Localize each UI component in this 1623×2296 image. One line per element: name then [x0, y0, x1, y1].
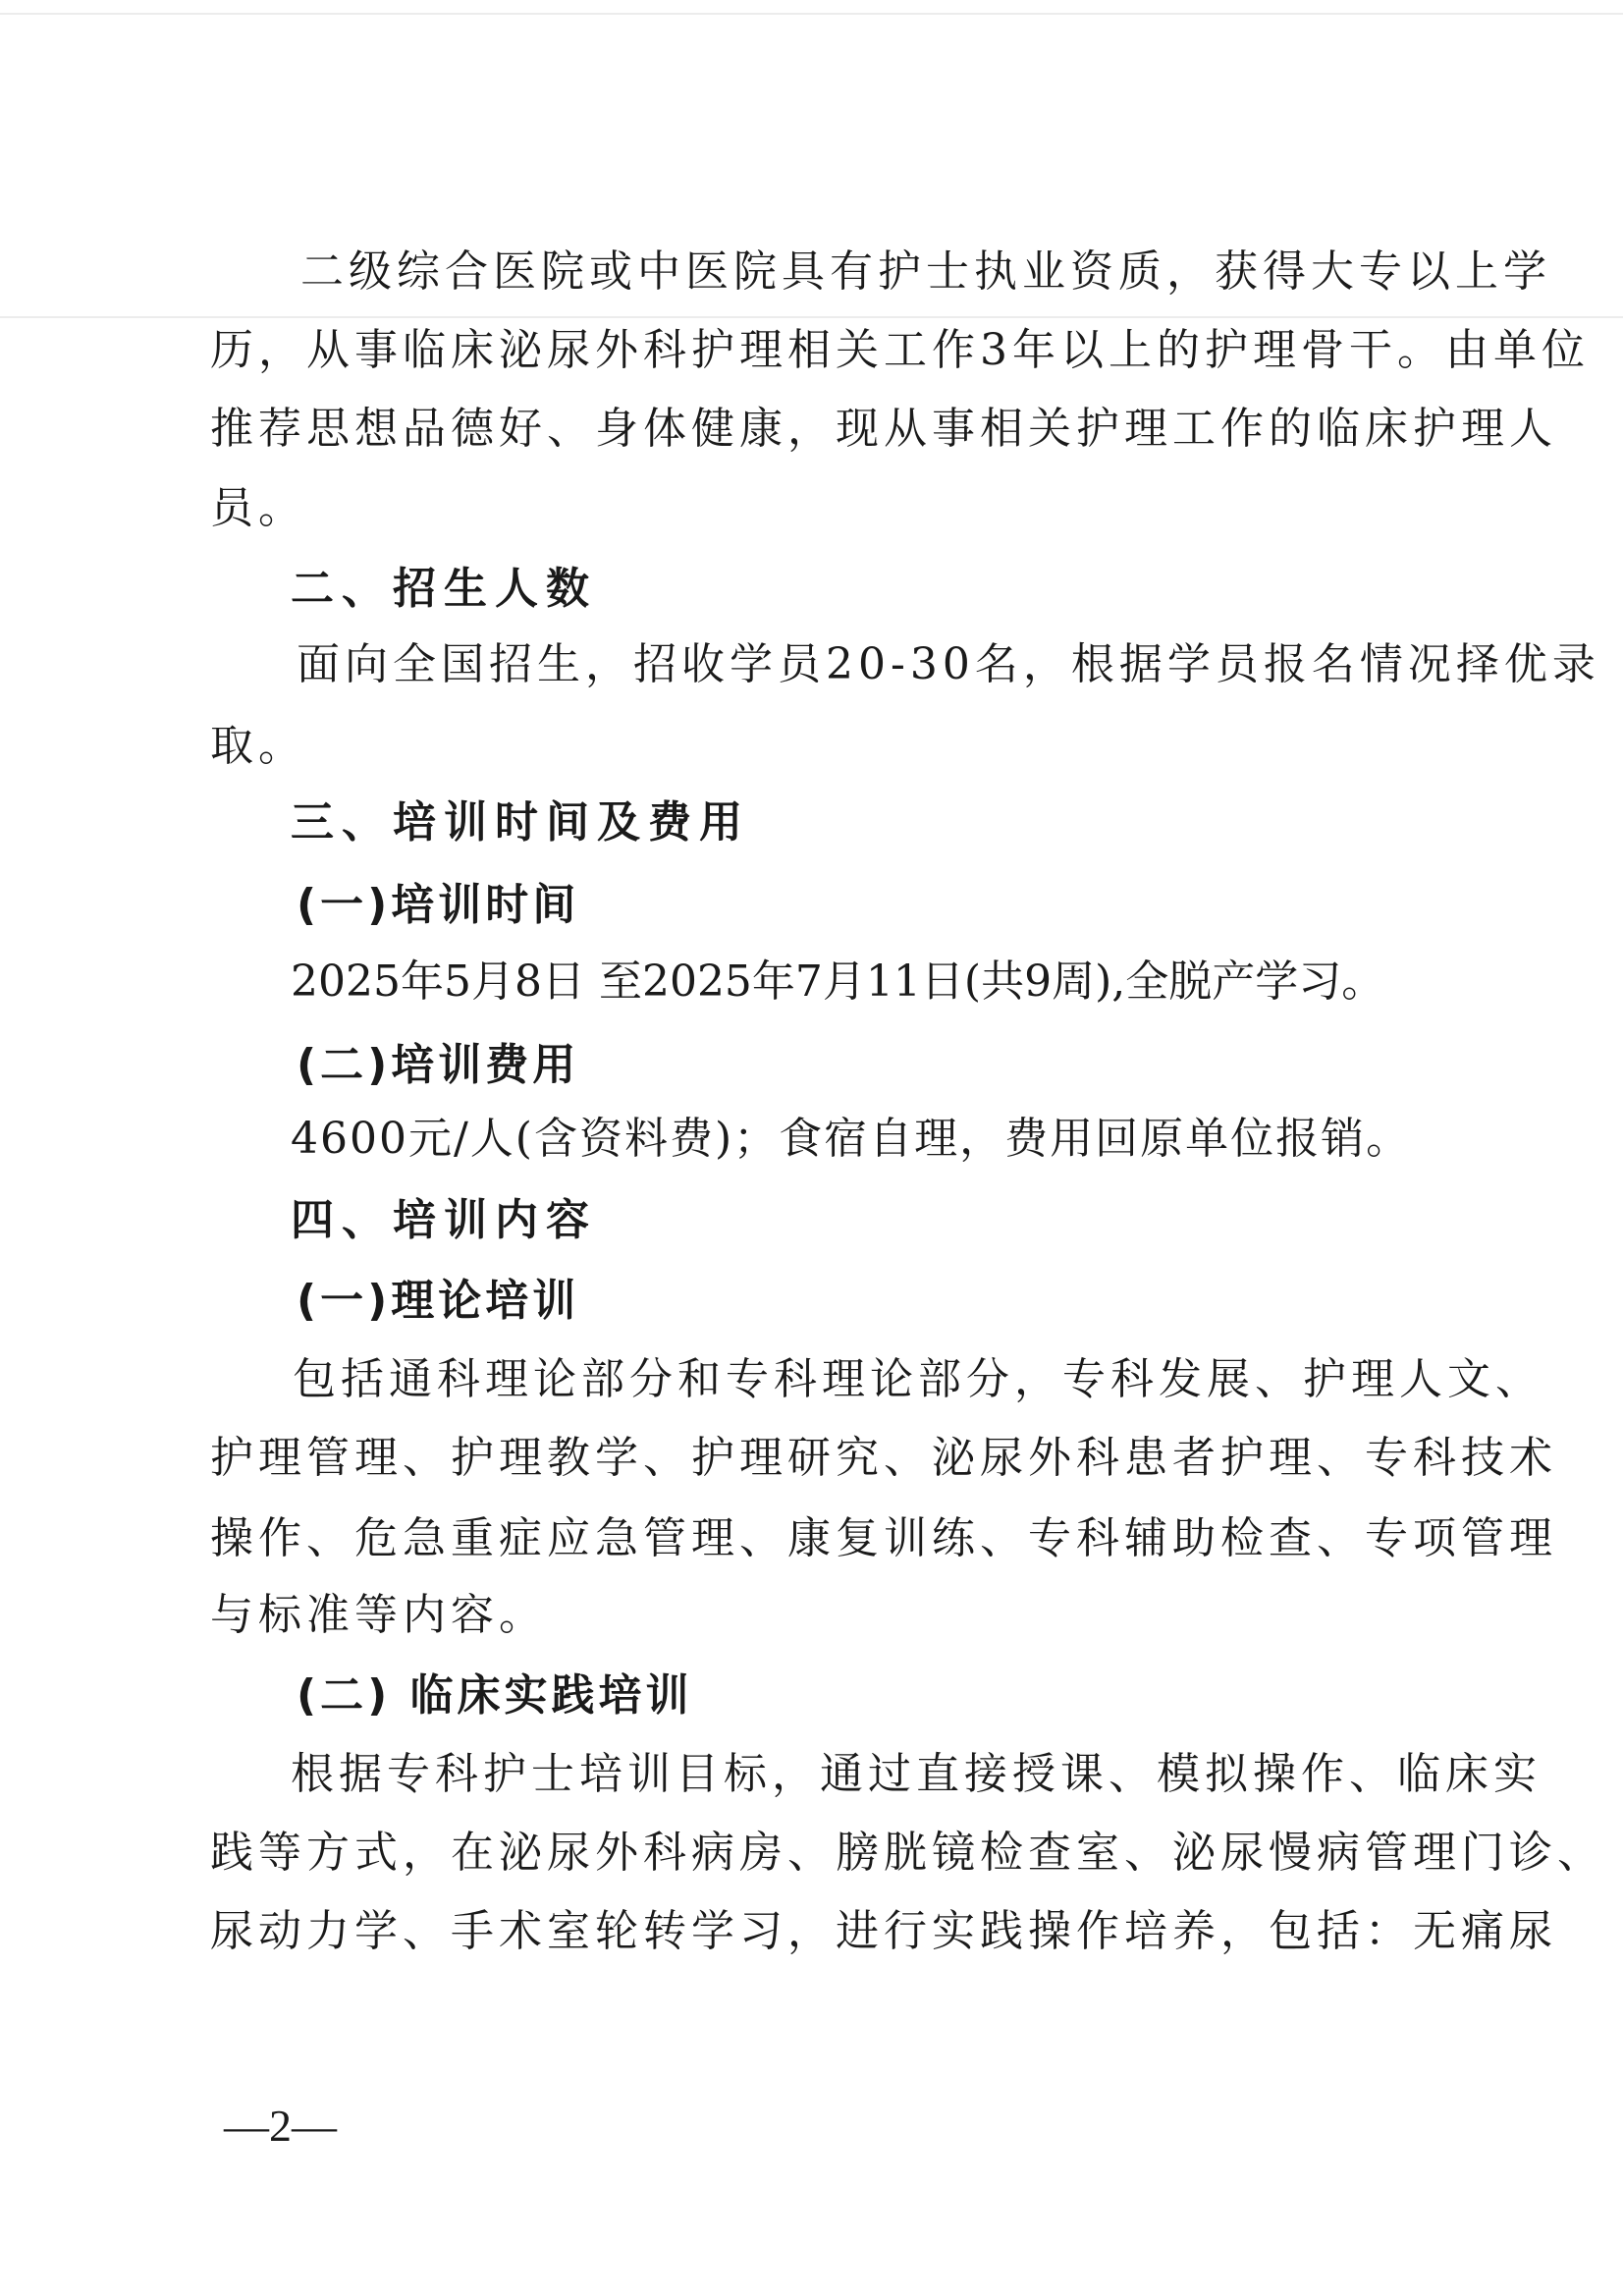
paragraph-line: 员。 — [210, 481, 306, 536]
paragraph-line: 根据专科护士培训目标，通过直接授课、模拟操作、临床实 — [291, 1747, 1437, 1802]
page-number: —2— — [224, 2102, 337, 2151]
section-heading: 二、招生人数 — [291, 562, 597, 617]
subsection-heading: (二) 临床实践培训 — [297, 1668, 693, 1723]
paragraph-line: 与标准等内容。 — [210, 1588, 547, 1643]
paragraph-line: 2025年5月8日 至2025年7月11日(共9周),全脱产学习。 — [291, 955, 1384, 1010]
paragraph-line: 取。 — [210, 719, 306, 774]
paragraph-line: 尿动力学、手术室轮转学习，进行实践操作培养，包括：无痛尿 — [210, 1904, 1443, 1959]
paragraph-line: 践等方式，在泌尿外科病房、膀胱镜检查室、泌尿慢病管理门诊、 — [210, 1826, 1453, 1881]
paragraph-line: 历，从事临床泌尿外科护理相关工作3年以上的护理骨干。由单位 — [210, 323, 1443, 378]
paragraph-line: 护理管理、护理教学、护理研究、泌尿外科患者护理、专科技术 — [210, 1431, 1443, 1486]
paragraph-line: 操作、危急重症应急管理、康复训练、专科辅助检查、专项管理 — [210, 1511, 1443, 1566]
paragraph-line: 推荐思想品德好、身体健康，现从事相关护理工作的临床护理人 — [210, 402, 1443, 457]
paragraph-line: 4600元/人(含资料费)；食宿自理，费用回原单位报销。 — [291, 1112, 1411, 1167]
section-heading: 四、培训内容 — [291, 1193, 597, 1248]
subsection-heading: (一)理论培训 — [297, 1274, 579, 1329]
paragraph-line: 包括通科理论部分和专科理论部分，专科发展、护理人文、 — [293, 1352, 1443, 1407]
subsection-heading: (一)培训时间 — [297, 878, 579, 933]
paragraph-line: 二级综合医院或中医院具有护士执业资质，获得大专以上学 — [300, 245, 1441, 300]
subsection-heading: (二)培训费用 — [297, 1038, 579, 1093]
section-heading: 三、培训时间及费用 — [291, 795, 750, 850]
scan-edge-line-fold — [0, 316, 1623, 318]
scan-edge-line-top — [0, 13, 1623, 15]
paragraph-line: 面向全国招生，招收学员20-30名，根据学员报名情况择优录 — [297, 637, 1441, 692]
